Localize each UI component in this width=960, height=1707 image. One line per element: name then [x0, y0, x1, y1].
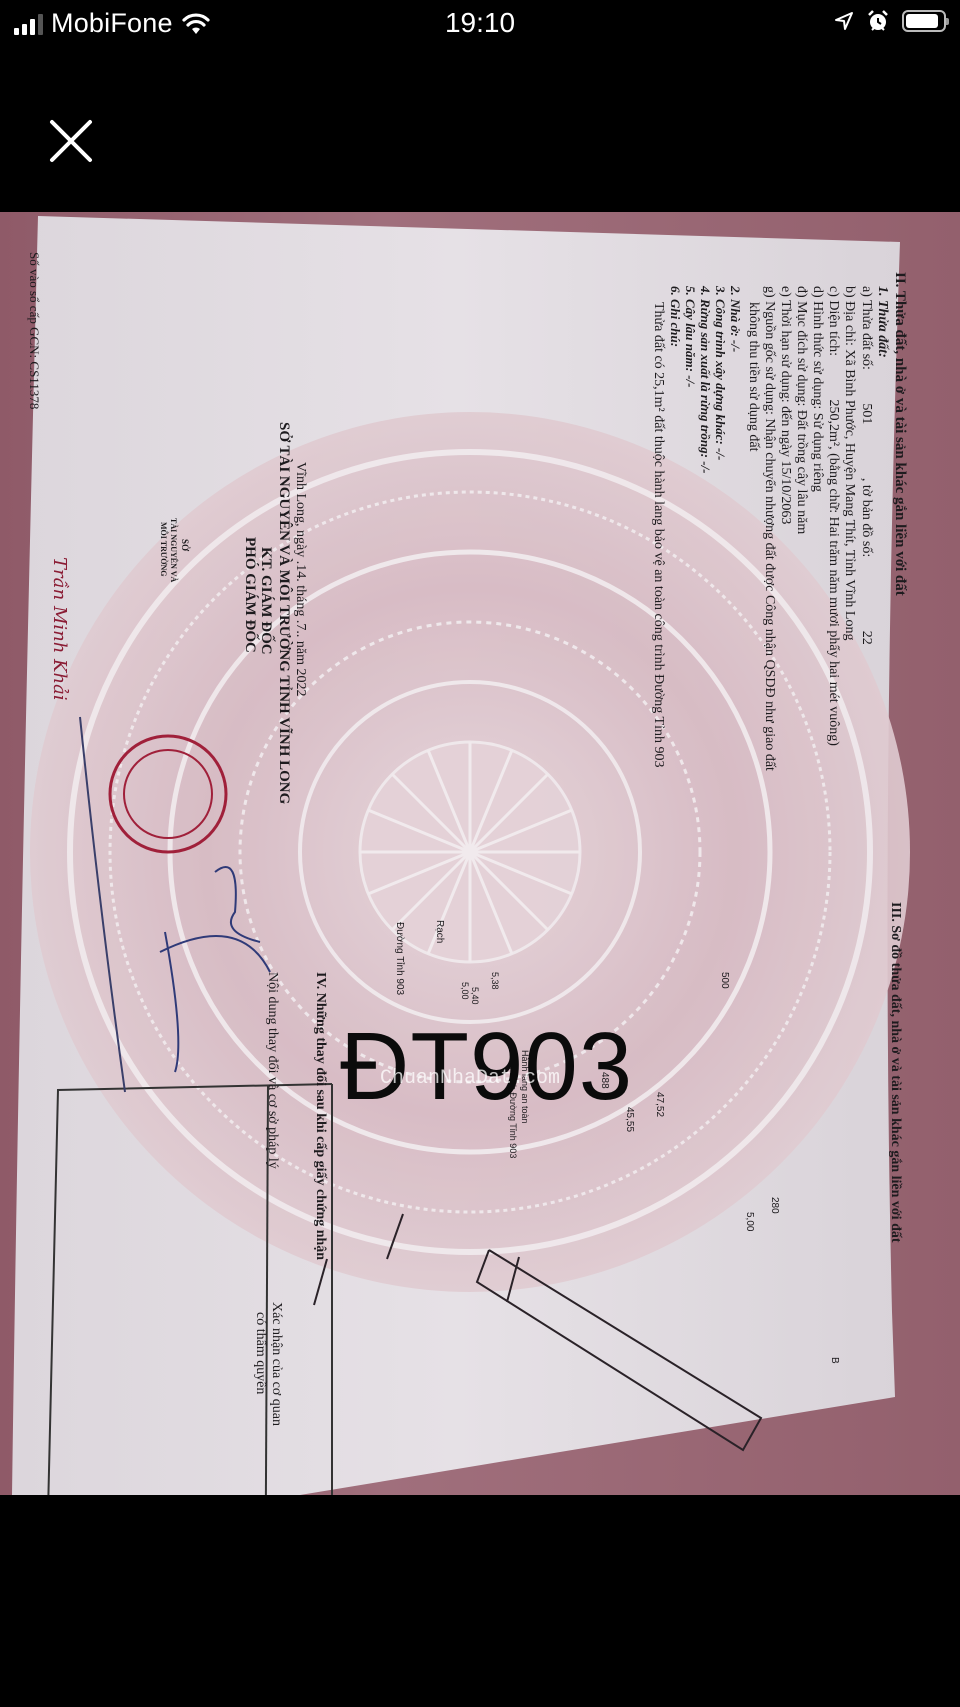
clock: 19:10	[0, 7, 960, 39]
map-sheet-label: , tờ bản đồ số:	[859, 478, 874, 557]
certificate-paper: II. Thửa đất, nhà ở và tài sản khác gắn …	[0, 212, 960, 1495]
alarm-clock-icon	[866, 9, 890, 33]
house-item: 2. Nhà ở: -/-	[727, 286, 743, 352]
production-forest-item: 4. Rừng sản xuất là rừng trồng: -/-	[697, 286, 713, 474]
stamp-text-2: TÀI NGUYÊN VÀ	[169, 518, 178, 582]
issue-date: Vĩnh Long, ngày .14. tháng .7.. năm 2022	[292, 462, 308, 696]
parcel-subheading: 1. Thửa đất:	[874, 286, 890, 358]
signer-name: Trần Minh Khải	[49, 557, 70, 701]
changes-column-header: Nội dung thay đổi và cơ sở pháp lý	[264, 972, 280, 1169]
edge-1-2: 5,38	[490, 972, 500, 990]
parcel-number: 501	[859, 403, 874, 424]
perennial-tree-item: 5. Cây lâu năm: -/-	[682, 286, 698, 387]
edge-west-width: 5,00	[460, 982, 470, 1000]
map-sheet-number: 22	[859, 631, 874, 645]
area-value: 250,2m², (bằng chữ: Hai trăm năm mươi ph…	[826, 399, 841, 745]
usage-origin: g) Nguồn gốc sử dụng: Nhận chuyển nhượng…	[761, 286, 777, 771]
confirmation-column-header-cont: có thẩm quyền	[252, 1312, 268, 1394]
parcel-number-label: a) Thửa đất số:	[859, 286, 874, 370]
neighbor-parcel-280: 280	[769, 1197, 780, 1214]
edge-4-corridor: 5,40	[470, 987, 480, 1005]
registry-number: Số vào sổ cấp GCN: CS11378	[26, 252, 42, 409]
notes-label: 6. Ghi chú:	[667, 286, 683, 347]
edge-east-width: 5,00	[744, 1212, 755, 1231]
neighbor-parcel-500: 500	[719, 972, 730, 989]
certificate-text: II. Thửa đất, nhà ở và tài sản khác gắn …	[0, 212, 960, 1495]
issuing-agency: SỞ TÀI NGUYÊN VÀ MÔI TRƯỜNG TỈNH VĨNH LO…	[275, 422, 292, 804]
confirmation-column-header: Xác nhận của cơ quan	[268, 1302, 284, 1426]
stamp-text-3: MÔI TRƯỜNG	[159, 522, 168, 576]
signatory-kt: KT. GIÁM ĐỐC	[257, 547, 274, 655]
close-icon	[48, 118, 94, 164]
close-button[interactable]	[48, 118, 94, 164]
usage-form: d) Hình thức sử dụng: Sử dụng riêng	[809, 286, 825, 492]
address: b) Địa chỉ: Xã Bình Phước, Huyện Mang Th…	[841, 286, 857, 640]
notes-text: Thửa đất có 25,1m² đất thuộc hành lang b…	[650, 302, 666, 767]
usage-origin-cont: không thu tiền sử dụng đất	[745, 302, 761, 452]
bottom-area	[0, 1495, 960, 1707]
battery-icon	[902, 10, 946, 32]
location-arrow-icon	[834, 11, 854, 31]
usage-purpose: đ) Mục đích sử dụng: Đất trồng cây lâu n…	[793, 286, 809, 534]
section2-heading: II. Thửa đất, nhà ở và tài sản khác gắn …	[891, 272, 908, 596]
stamp-text-1: SỞ	[180, 539, 190, 551]
area-label: c) Diện tích:	[826, 286, 841, 356]
watermark: ChuanNhaDat.com	[380, 1067, 560, 1090]
label-road: Đường Tỉnh 903	[394, 922, 405, 995]
document-photo[interactable]: II. Thửa đất, nhà ở và tài sản khác gắn …	[0, 212, 960, 1495]
usage-term: e) Thời hạn sử dụng: đến ngày 15/10/2063	[777, 286, 793, 524]
north-arrow: B	[829, 1357, 840, 1364]
signatory-role: PHÓ GIÁM ĐỐC	[241, 537, 258, 653]
section4-heading: IV. Những thay đổi sau khi cấp giấy chứn…	[312, 972, 328, 1260]
section3-heading: III. Sơ đồ thửa đất, nhà ở và tài sản kh…	[887, 902, 903, 1243]
other-construction-item: 3. Công trình xây dựng khác: -/-	[712, 286, 728, 460]
label-canal: Rạch	[434, 920, 445, 943]
status-bar: MobiFone 19:10	[0, 0, 960, 50]
edge-top-length: 47,52	[654, 1092, 665, 1117]
